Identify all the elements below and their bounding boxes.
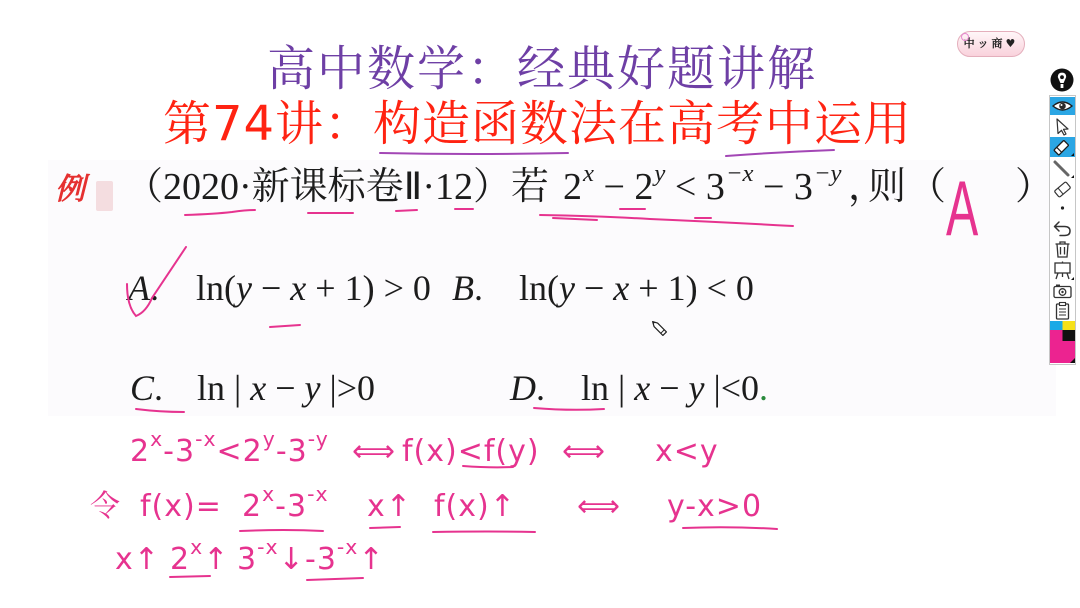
condition-exponent: x	[583, 160, 594, 187]
trash-icon	[1050, 239, 1075, 259]
expr-part: |<0	[705, 368, 760, 408]
option-d-label: D.	[510, 370, 545, 406]
expr-part: + 1) < 0	[629, 268, 754, 308]
hw-base: -3	[163, 434, 195, 469]
condition-base: 3	[794, 166, 813, 208]
option-b-expression: ln(y − x + 1) < 0	[519, 270, 754, 306]
hw-line2-iff: ⟺	[577, 492, 621, 522]
hw-base: -3	[305, 542, 337, 577]
camera-icon	[1050, 282, 1075, 300]
badge-decoration-icon	[961, 33, 969, 41]
hw-line1-lhs: 2x-3-x<2y-3-y	[130, 437, 329, 467]
underline-stroke	[240, 530, 323, 531]
lecture-episode-title: 第74讲：构造函数法在高考中运用	[0, 96, 1075, 152]
lecture-series-title: 高中数学：经典好题讲解	[0, 41, 1080, 97]
eye-icon	[1050, 97, 1075, 115]
pen-tool-button[interactable]	[1050, 137, 1075, 157]
option-dot: .	[154, 368, 163, 408]
pencil-cursor-icon	[647, 317, 671, 339]
color-palette-button[interactable]	[1050, 321, 1075, 363]
pencil-icon	[1050, 137, 1075, 157]
view-toggle-button[interactable]	[1050, 97, 1075, 115]
hw-base: 2	[130, 434, 150, 469]
expr-variable: y	[689, 368, 705, 408]
pen-nib-icon	[1050, 68, 1074, 92]
expr-part: −	[650, 368, 688, 408]
condition-operator: −	[753, 166, 793, 208]
underline-stroke	[683, 527, 777, 529]
hw-line1-mid: f(x)<f(y)	[402, 437, 540, 467]
cursor-arrow-icon	[1050, 117, 1075, 136]
hw-line3-term3: -3-x↑	[305, 545, 385, 575]
expr-part: ln |	[197, 368, 250, 408]
underline-stroke	[370, 527, 400, 528]
option-a-expression: ln(y − x + 1) > 0	[196, 270, 431, 306]
select-tool-button[interactable]	[1050, 117, 1075, 136]
underline-stroke	[433, 532, 535, 533]
expr-variable: x	[290, 268, 306, 308]
hw-line1-rhs: x<y	[655, 437, 719, 467]
undo-button[interactable]	[1050, 218, 1075, 238]
expr-part: ln(	[196, 268, 236, 308]
easel-icon	[1050, 260, 1075, 281]
hw-exp: x	[190, 535, 203, 559]
stroke-size-button[interactable]	[1050, 202, 1075, 214]
hw-exp: -x	[195, 427, 216, 451]
underline-stroke	[307, 578, 363, 580]
option-d-expression: ln | x − y |<0.	[581, 370, 768, 406]
handwritten-answer: A	[946, 169, 978, 247]
expr-variable: x	[634, 368, 650, 408]
whiteboard-button[interactable]	[1050, 260, 1075, 281]
hw-arrow: ↑	[358, 542, 384, 577]
hw-line3-term1: 2x↑	[170, 545, 229, 575]
hw-exp: x	[150, 427, 163, 451]
expr-end-dot: .	[759, 368, 768, 408]
hw-exp: -x	[257, 535, 278, 559]
option-dot: .	[536, 368, 545, 408]
hw-base: 3	[237, 542, 257, 577]
badge-text: 中ッ商♥	[964, 37, 1019, 50]
hw-exp: -x	[337, 535, 358, 559]
expr-variable: y	[236, 268, 252, 308]
condition-exponent: −y	[814, 160, 842, 187]
expr-variable: x	[613, 268, 629, 308]
problem-source: （2020·新课标卷Ⅱ·12）若	[125, 168, 549, 206]
option-dot: .	[474, 268, 483, 308]
condition-exponent: y	[654, 160, 665, 187]
hw-line3-x-increasing: x↑	[115, 545, 160, 575]
expr-part: ln |	[581, 368, 634, 408]
hw-line2-def: f(x)=	[140, 492, 222, 522]
option-letter: C	[130, 368, 154, 408]
undo-icon	[1050, 218, 1075, 238]
problem-condition: 2x − 2y < 3−x − 3−y	[563, 168, 842, 206]
hw-base: 2	[170, 542, 190, 577]
hw-line1-iff-2: ⟺	[562, 437, 606, 467]
hw-base: 2	[242, 489, 262, 524]
hw-arrow: ↓	[279, 542, 305, 577]
hw-arrow: ↑	[203, 542, 229, 577]
hw-exp: -x	[307, 482, 328, 506]
option-a-label: A.	[128, 270, 159, 306]
line-tool-button[interactable]	[1050, 159, 1075, 179]
option-c-label: C.	[130, 370, 163, 406]
condition-exponent: −x	[726, 160, 754, 187]
condition-base: 2	[563, 166, 582, 208]
notes-button[interactable]	[1050, 301, 1075, 320]
eraser-icon	[1050, 180, 1075, 199]
option-dot: .	[150, 268, 159, 308]
example-label-marker	[96, 181, 113, 211]
clipboard-icon	[1050, 301, 1075, 320]
expr-part: |>0	[321, 368, 376, 408]
hw-line3-term2: 3-x↓	[237, 545, 305, 575]
expr-part: + 1) > 0	[306, 268, 431, 308]
expr-part: ln(	[519, 268, 559, 308]
condition-base: 2	[634, 166, 653, 208]
clear-button[interactable]	[1050, 239, 1075, 259]
hw-line1-iff-1: ⟺	[352, 437, 396, 467]
screenshot-button[interactable]	[1050, 282, 1075, 300]
option-letter: B	[452, 268, 474, 308]
hw-exp: y	[263, 427, 276, 451]
hw-line2-x-increasing: x↑	[367, 492, 412, 522]
hw-base: <2	[217, 434, 263, 469]
hw-base: -3	[276, 434, 308, 469]
title-underline-stroke	[380, 153, 568, 154]
expr-variable: y	[305, 368, 321, 408]
example-label: 例	[55, 175, 85, 205]
problem-source-text: （2020·新课标卷Ⅱ·12）	[125, 166, 511, 208]
eraser-tool-button[interactable]	[1050, 180, 1075, 199]
answer-open-paren: （	[908, 168, 946, 206]
hw-line2-expr: 2x-3-x	[242, 492, 329, 522]
hw-base: -3	[275, 489, 307, 524]
hw-exp: -y	[308, 427, 329, 451]
expr-variable: x	[250, 368, 266, 408]
dot-icon	[1050, 202, 1075, 214]
option-letter: D	[510, 368, 536, 408]
expr-part: −	[266, 368, 304, 408]
hw-line2-let: 令	[90, 492, 121, 522]
option-c-expression: ln | x − y |>0	[197, 370, 375, 406]
hw-exp: x	[262, 482, 275, 506]
hw-line2-result: y-x>0	[667, 492, 762, 522]
problem-then: 则	[868, 168, 906, 206]
hw-line2-f-increasing: f(x)↑	[434, 492, 516, 522]
option-b-label: B.	[452, 270, 483, 306]
expr-variable: y	[559, 268, 575, 308]
condition-operator: −	[594, 166, 634, 208]
line-pen-icon	[1050, 159, 1075, 179]
problem-lead: 若	[511, 166, 549, 208]
pen-nib-button[interactable]	[1050, 68, 1074, 92]
expr-part: −	[575, 268, 613, 308]
condition-base: 3	[706, 166, 725, 208]
condition-relation: <	[665, 166, 705, 208]
expr-part: −	[252, 268, 290, 308]
answer-close-paren: ）	[1015, 168, 1053, 206]
color-palette-icon	[1050, 321, 1075, 363]
option-letter: A	[128, 268, 150, 308]
